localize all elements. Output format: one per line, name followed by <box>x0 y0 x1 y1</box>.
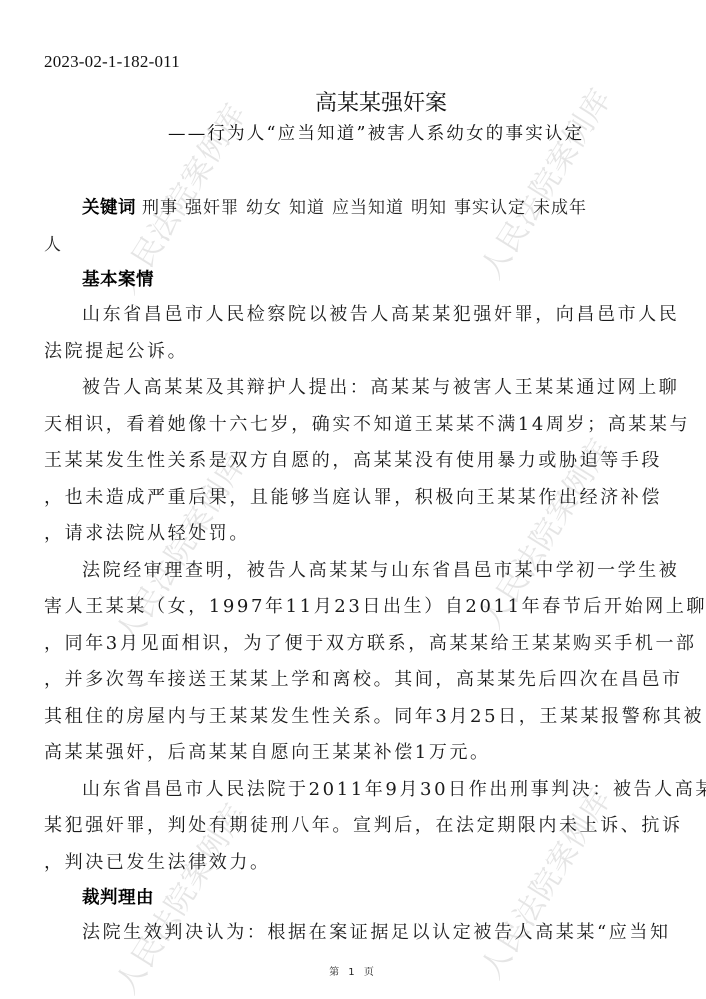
keyword: 事实认定 <box>454 198 526 218</box>
paragraph-line: 高某某强奸，后高某某自愿向王某某补偿1万元。 <box>44 735 652 772</box>
keywords-line-wrap: 人 <box>44 227 652 264</box>
paragraph-line: 天相识，看着她像十六七岁，确实不知道王某某不满14周岁；高某某与 <box>44 407 652 444</box>
paragraph-line: 法院提起公诉。 <box>44 334 652 371</box>
keyword: 未成年 <box>533 198 587 218</box>
paragraph-line: 某犯强奸罪，判处有期徒刑八年。宣判后，在法定期限内未上诉、抗诉 <box>44 808 652 845</box>
keyword: 人 <box>44 235 62 255</box>
keyword: 应当知道 <box>332 198 404 218</box>
paragraph-line: ，也未造成严重后果，且能够当庭认罪，积极向王某某作出经济补偿 <box>44 480 652 517</box>
keywords-label: 关键词 <box>82 198 136 218</box>
case-number: 2023-02-1-182-011 <box>44 52 180 72</box>
paragraph-line: ，请求法院从轻处罚。 <box>44 516 652 553</box>
paragraph-line: 害人王某某（女，1997年11月23日出生）自2011年春节后开始网上聊天 <box>44 589 652 626</box>
page-number: 第 1 页 <box>0 963 706 978</box>
document-subtitle: ——行为人“应当知道”被害人系幼女的事实认定 <box>168 120 584 145</box>
section-heading-judgment-reasons: 裁判理由 <box>44 881 652 915</box>
keyword: 知道 <box>289 198 325 218</box>
paragraph-line: 法院生效判决认为：根据在案证据足以认定被告人高某某“应当知 <box>44 915 652 952</box>
paragraph-line: ，同年3月见面相识，为了便于双方联系，高某某给王某某购买手机一部 <box>44 626 652 663</box>
document-title: 高某某强奸案 <box>0 86 706 117</box>
paragraph-line: 王某某发生性关系是双方自愿的，高某某没有使用暴力或胁迫等手段 <box>44 443 652 480</box>
paragraph-line: ，并多次驾车接送王某某上学和离校。其间，高某某先后四次在昌邑市 <box>44 662 652 699</box>
paragraph-line: 被告人高某某及其辩护人提出：高某某与被害人王某某通过网上聊 <box>44 370 652 407</box>
keyword: 刑事 <box>142 198 178 218</box>
keywords-line: 关键词刑事强奸罪幼女知道应当知道明知事实认定未成年 <box>44 190 652 227</box>
paragraph-line: 法院经审理查明，被告人高某某与山东省昌邑市某中学初一学生被 <box>44 553 652 590</box>
paragraph-line: 山东省昌邑市人民检察院以被告人高某某犯强奸罪，向昌邑市人民 <box>44 297 652 334</box>
document-page: 人民法院案例库 人民法院案例库 人民法院案例库 人民法院案例库 人民法院案例库 … <box>0 0 706 999</box>
paragraph-line: 其租住的房屋内与王某某发生性关系。同年3月25日，王某某报警称其被 <box>44 699 652 736</box>
keyword: 明知 <box>411 198 447 218</box>
document-body: 关键词刑事强奸罪幼女知道应当知道明知事实认定未成年 人 基本案情 山东省昌邑市人… <box>44 190 652 952</box>
paragraph-line: ，判决已发生法律效力。 <box>44 845 652 882</box>
paragraph-line: 山东省昌邑市人民法院于2011年9月30日作出刑事判决：被告人高某 <box>44 772 652 809</box>
keyword: 幼女 <box>246 198 282 218</box>
keyword: 强奸罪 <box>185 198 239 218</box>
section-heading-basic-facts: 基本案情 <box>44 263 652 297</box>
